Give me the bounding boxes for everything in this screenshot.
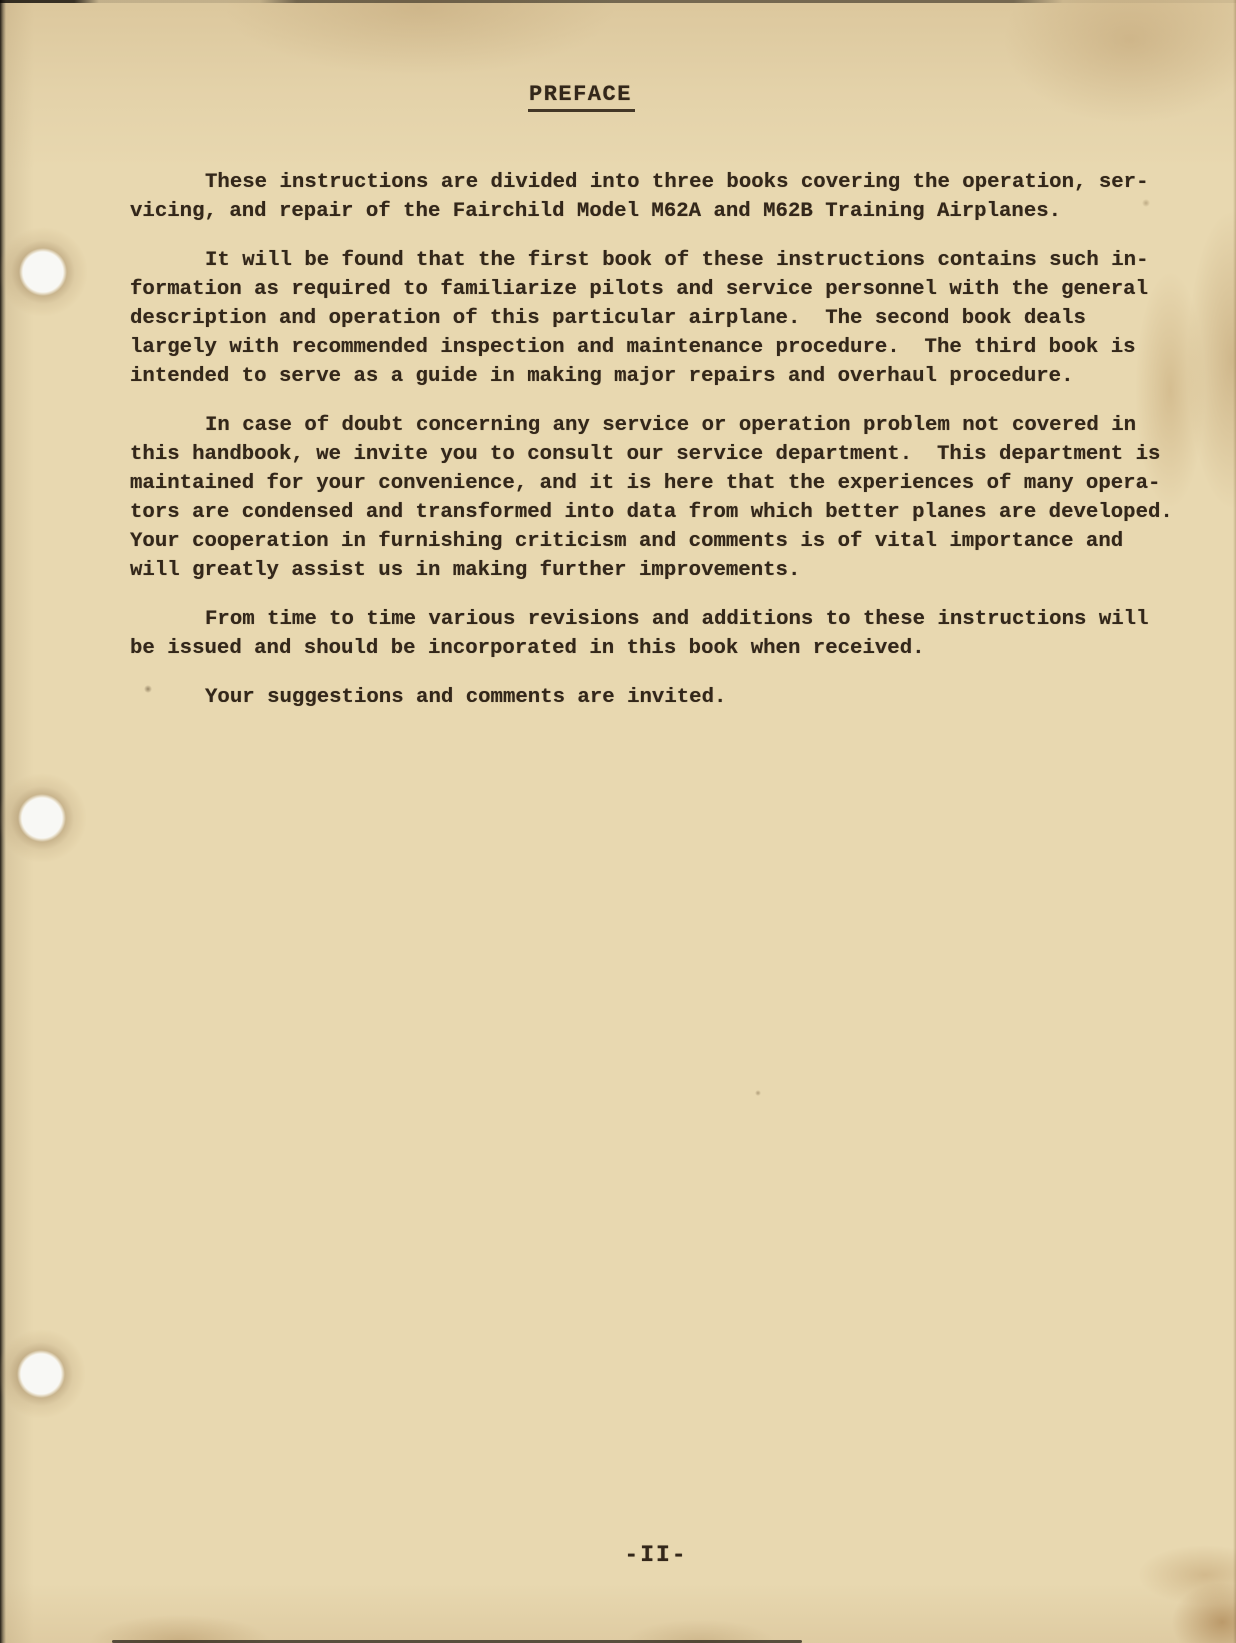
punch-hole-top xyxy=(0,227,88,317)
body-paragraph: In case of doubt concerning any service … xyxy=(130,411,1196,585)
preface-title: PREFACE xyxy=(528,82,635,107)
scan-edge-top xyxy=(0,0,1236,3)
preface-body: These instructions are divided into thre… xyxy=(130,168,1196,732)
punch-hole-middle xyxy=(0,773,87,863)
body-paragraph: Your suggestions and comments are invite… xyxy=(130,683,1196,712)
scanned-manual-page: PREFACE These instructions are divided i… xyxy=(0,0,1236,1643)
body-paragraph: These instructions are divided into thre… xyxy=(130,168,1196,226)
body-paragraph: It will be found that the first book of … xyxy=(130,246,1196,391)
body-paragraph: From time to time various revisions and … xyxy=(130,605,1196,663)
punch-hole-bottom xyxy=(0,1329,86,1419)
preface-title-text: PREFACE xyxy=(528,82,635,112)
page-number: -II- xyxy=(624,1542,687,1568)
